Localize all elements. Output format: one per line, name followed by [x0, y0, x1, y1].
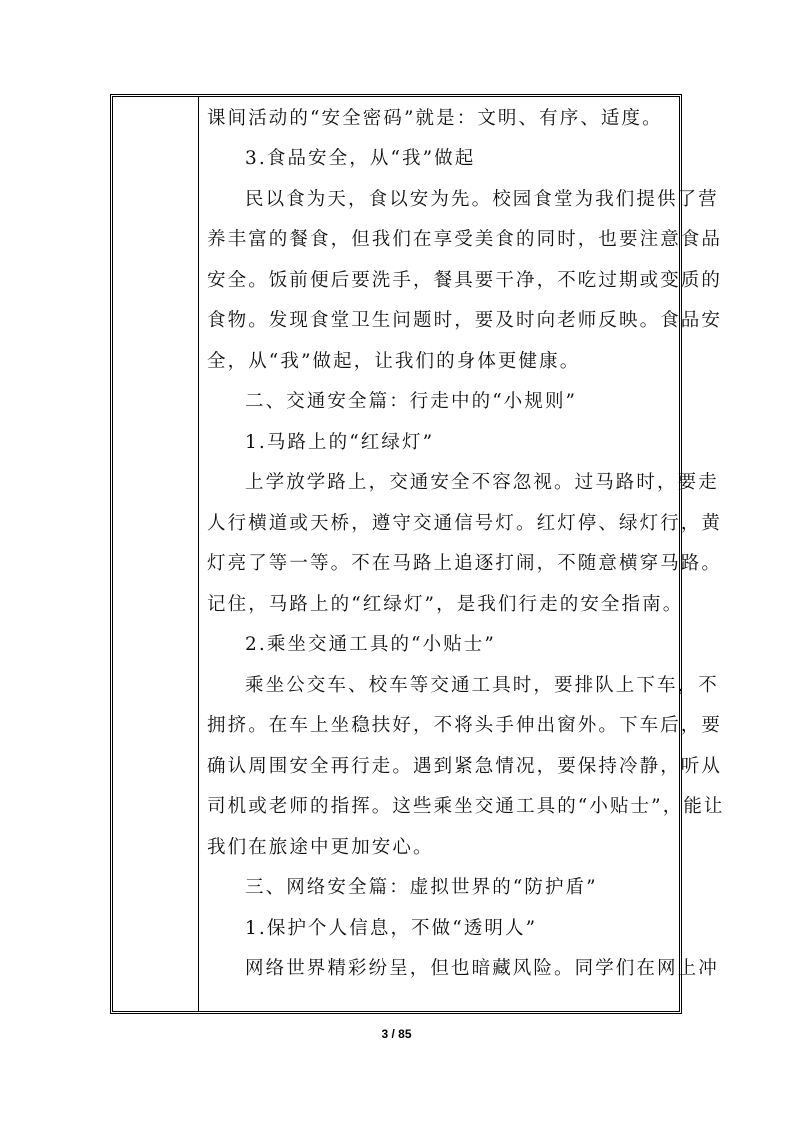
paragraph-line: 网络世界精彩纷呈，但也暗藏风险。同学们在网上冲: [245, 957, 719, 981]
paragraph-line: 灯亮了等一等。不在马路上追逐打闹，不随意横穿马路。: [207, 552, 722, 576]
paragraph-line: 我们在旅途中更加安心。: [207, 836, 434, 860]
paragraph-line: 确认周围安全再行走。遇到紧急情况，要保持冷静，听从: [207, 755, 722, 779]
document-table: 课间活动的“安全密码”就是：文明、有序、适度。3.食品安全，从“我”做起民以食为…: [110, 94, 682, 1014]
paragraph-line: 司机或老师的指挥。这些乘坐交通工具的“小贴士”，能让: [207, 795, 725, 819]
paragraph-line: 记住，马路上的“红绿灯”，是我们行走的安全指南。: [207, 593, 683, 617]
paragraph-line: 食物。发现食堂卫生问题时，要及时向老师反映。食品安: [207, 309, 722, 333]
paragraph-line: 2.乘坐交通工具的“小贴士”: [245, 633, 496, 657]
paragraph-line: 二、交通安全篇：行走中的“小规则”: [245, 390, 577, 414]
paragraph-line: 全，从“我”做起，让我们的身体更健康。: [207, 350, 580, 374]
page-indicator: 3 / 85: [0, 1027, 793, 1041]
paragraph-line: 课间活动的“安全密码”就是：文明、有序、适度。: [207, 107, 663, 131]
table-left-column: [113, 97, 199, 1011]
paragraph-line: 1.保护个人信息，不做“透明人”: [245, 917, 537, 941]
paragraph-line: 养丰富的餐食，但我们在享受美食的同时，也要注意食品: [207, 228, 722, 252]
paragraph-line: 3.食品安全，从“我”做起: [245, 147, 475, 171]
paragraph-line: 乘坐公交车、校车等交通工具时，要排队上下车，不: [245, 674, 719, 698]
paragraph-line: 人行横道或天桥，遵守交通信号灯。红灯停、绿灯行，黄: [207, 512, 722, 536]
paragraph-line: 三、网络安全篇：虚拟世界的“防护盾”: [245, 876, 598, 900]
paragraph-line: 民以食为天，食以安为先。校园食堂为我们提供了营: [245, 188, 719, 212]
paragraph-line: 安全。饭前便后要洗手，餐具要干净，不吃过期或变质的: [207, 269, 722, 293]
paragraph-line: 拥挤。在车上坐稳扶好，不将头手伸出窗外。下车后，要: [207, 714, 722, 738]
paragraph-line: 1.马路上的“红绿灯”: [245, 431, 434, 455]
paragraph-line: 上学放学路上，交通安全不容忽视。过马路时，要走: [245, 471, 719, 495]
table-content-cell: 课间活动的“安全密码”就是：文明、有序、适度。3.食品安全，从“我”做起民以食为…: [200, 97, 679, 1011]
